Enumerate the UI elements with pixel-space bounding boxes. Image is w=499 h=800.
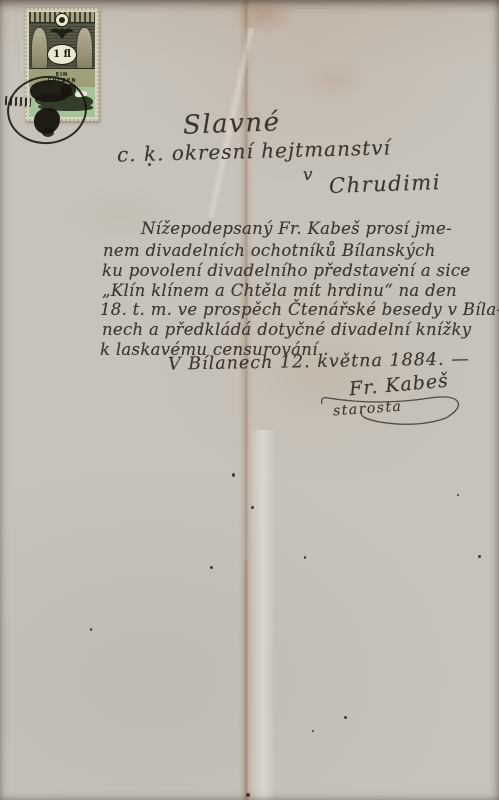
paper-stain: [60, 180, 180, 250]
cancellation-ink-blob: [60, 84, 76, 96]
speck: [232, 473, 235, 477]
paper-stain: [300, 55, 370, 105]
speck: [148, 163, 151, 166]
document-photo: 1 fl EIN GULDEN Slavné c. k. okresní hej…: [0, 0, 499, 800]
body-line: nem divadelních ochotníků Bílanských: [103, 241, 436, 260]
speck: [251, 506, 254, 509]
body-line: „Klín klínem a Chtěla mít hrdinu“ na den: [102, 281, 457, 300]
fold-crease-lower: [243, 560, 249, 800]
speck: [478, 555, 481, 558]
cancellation-ink-blob: [42, 128, 54, 137]
stamp-value: 1 fl: [47, 44, 77, 65]
double-eagle-icon: [49, 25, 75, 44]
body-line: Nížepodepsaný Fr. Kabeš prosí jme-: [141, 219, 452, 238]
heading-preposition: v: [303, 165, 314, 185]
body-line: 18. t. m. ve prospěch Čtenářské besedy v…: [100, 300, 499, 319]
fold-highlight: [250, 430, 276, 800]
cancellation-date-text: [5, 96, 32, 107]
speck: [90, 628, 92, 631]
speck: [398, 264, 400, 266]
speck: [344, 716, 347, 719]
speck: [312, 730, 314, 732]
body-line: nech a předkládá dotyčné divadelní knížk…: [102, 320, 471, 339]
body-line: ku povolení divadelního představení a si…: [102, 261, 471, 280]
heading-place: Chrudimi: [329, 170, 442, 198]
stamp-allegorical-figure-right: [77, 28, 92, 72]
speck: [457, 494, 459, 496]
speck: [210, 566, 213, 569]
speck: [304, 556, 306, 559]
stamp-allegorical-figure-left: [32, 28, 47, 72]
heading-authority: c. k. okresní hejtmanství: [117, 135, 391, 166]
speck: [246, 793, 250, 797]
heading-salutation: Slavné: [183, 107, 281, 140]
